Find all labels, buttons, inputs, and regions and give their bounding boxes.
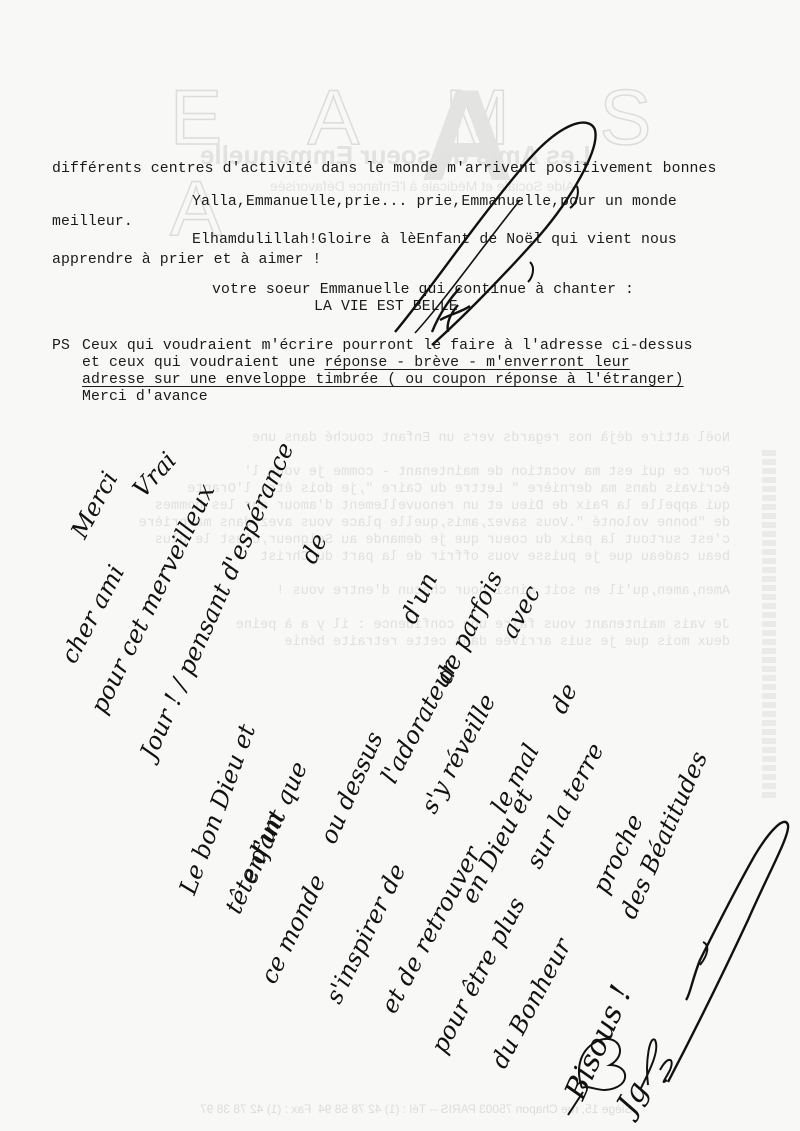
closing-line: votre soeur Emmanuelle qui continue à ch…	[212, 282, 634, 298]
typed-line-3: meilleur.	[52, 214, 133, 230]
typed-line-2: Yalla,Emmanuelle,prie... prie,Emmanuelle…	[192, 194, 677, 210]
ps-line-2-underlined: réponse - brève - m'enverront leur	[324, 355, 629, 371]
handwriting-line: d'un	[395, 568, 443, 628]
handwriting-line: Vrai	[127, 447, 182, 503]
ps-line-3: adresse sur une enveloppe timbrée ( ou c…	[82, 372, 684, 388]
handwriting-line: avec	[495, 581, 546, 643]
letterhead-ghost-tagline: Aide Sociale et Médicale à l'Enfance Déf…	[270, 178, 575, 194]
letterhead-ghost-footer: Siège 15, rue Chapon 75003 PARIS -- Tél …	[200, 1102, 633, 1116]
ps-line-1: Ceux qui voudraient m'écrire pourront le…	[82, 338, 693, 354]
handwriting-line: de	[545, 679, 583, 718]
letterhead-ghost-big-letter: A	[420, 60, 514, 210]
handwriting-line: ou dessus	[314, 727, 388, 848]
typed-line-4: Elhamdulillah!Gloire à lèEnfant de Noël …	[192, 232, 677, 248]
handwriting-line: de	[295, 529, 333, 568]
typed-line-1: différents centres d'activité dans le mo…	[52, 161, 717, 177]
handwriting-line: ce monde	[255, 870, 332, 988]
ps-label: PS	[52, 338, 70, 354]
bleed-through-margin-text	[762, 450, 776, 800]
handwriting-line: tête d'un	[219, 808, 289, 918]
closing-motto: LA VIE EST BELLE	[314, 299, 458, 315]
ps-line-2-text: et ceux qui voudraient une	[82, 355, 324, 371]
scanned-letter-page: E A M S A A Les Amis de soeur Emmanuelle…	[0, 0, 800, 1131]
handwriting-line: Merci	[65, 467, 123, 543]
typed-line-5: apprendre à prier et à aimer !	[52, 252, 321, 268]
ps-line-4: Merci d'avance	[82, 389, 208, 405]
ps-line-2: et ceux qui voudraient une réponse - brè…	[82, 355, 630, 371]
